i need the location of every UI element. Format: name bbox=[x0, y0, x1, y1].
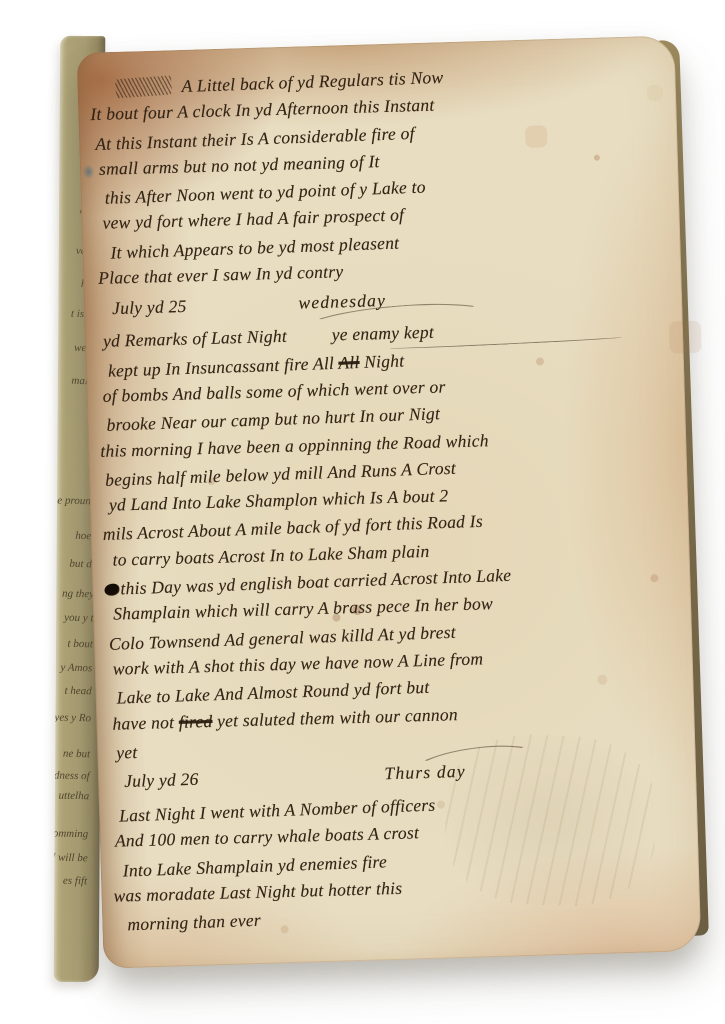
prev-page-text-fragment: ng they bbox=[62, 587, 94, 602]
prev-page-text-fragment: y Amos bbox=[60, 661, 92, 676]
prev-page-text-fragment: comming bbox=[54, 826, 89, 841]
entry-day-name: Thurs day bbox=[384, 758, 466, 788]
line-text: was moradate Last Night but hotter this bbox=[113, 878, 402, 906]
prev-page-text-fragment: you y t bbox=[64, 611, 94, 626]
line-text: And 100 men to carry whale boats A crost bbox=[115, 823, 420, 851]
line-text: vew yd fort where I had A fair prospect … bbox=[102, 205, 404, 233]
manuscript-photo: owd t y fot k y of Ro ved ut have t is b… bbox=[0, 0, 725, 1024]
entry-date: July yd 26 bbox=[124, 766, 199, 795]
ink-blot bbox=[104, 584, 119, 597]
struck-word: All bbox=[338, 352, 360, 373]
entry-day-name: wednesday bbox=[298, 287, 386, 317]
prev-page-text-fragment: ne but bbox=[63, 747, 91, 762]
line-text: yet bbox=[116, 742, 138, 763]
line-text: It bout four A clock In yd Afternoon thi… bbox=[90, 95, 435, 124]
line-text: small arms but no not yd meaning of It bbox=[99, 151, 380, 179]
line-text: have not bbox=[112, 711, 179, 733]
struck-word: fired bbox=[179, 710, 213, 731]
line-text: yd Remarks of Last Night ye enamy kept bbox=[103, 322, 434, 351]
scratched-out-text bbox=[115, 75, 172, 98]
line-text: Place that ever I saw In yd contry bbox=[98, 261, 344, 288]
prev-page-text-fragment: t bout bbox=[67, 637, 93, 652]
prev-page-text-fragment: es fift bbox=[63, 874, 87, 889]
journal-page: A Littel back of yd Regulars tis Now It … bbox=[77, 35, 702, 968]
prev-page-text-fragment: yes y Ro bbox=[54, 710, 91, 725]
prev-page-text-fragment: t head bbox=[64, 684, 92, 699]
line-text: Night bbox=[359, 350, 404, 372]
line-text: to carry boats Acrost In to Lake Sham pl… bbox=[112, 541, 429, 570]
line-text: kept up In Insuncassant fire All bbox=[108, 352, 339, 380]
prev-page-text-fragment: d will be bbox=[54, 850, 88, 865]
entry-date: July yd 25 bbox=[112, 293, 187, 322]
prev-page-text-fragment: uttelha bbox=[58, 789, 89, 804]
line-text: morning than ever bbox=[127, 910, 261, 935]
line-text: yet saluted them with our cannon bbox=[212, 704, 458, 731]
prev-page-text-fragment: dness of bbox=[54, 768, 90, 783]
handwritten-text: A Littel back of yd Regulars tis Now It … bbox=[89, 58, 688, 938]
foxing-stains bbox=[77, 53, 81, 57]
